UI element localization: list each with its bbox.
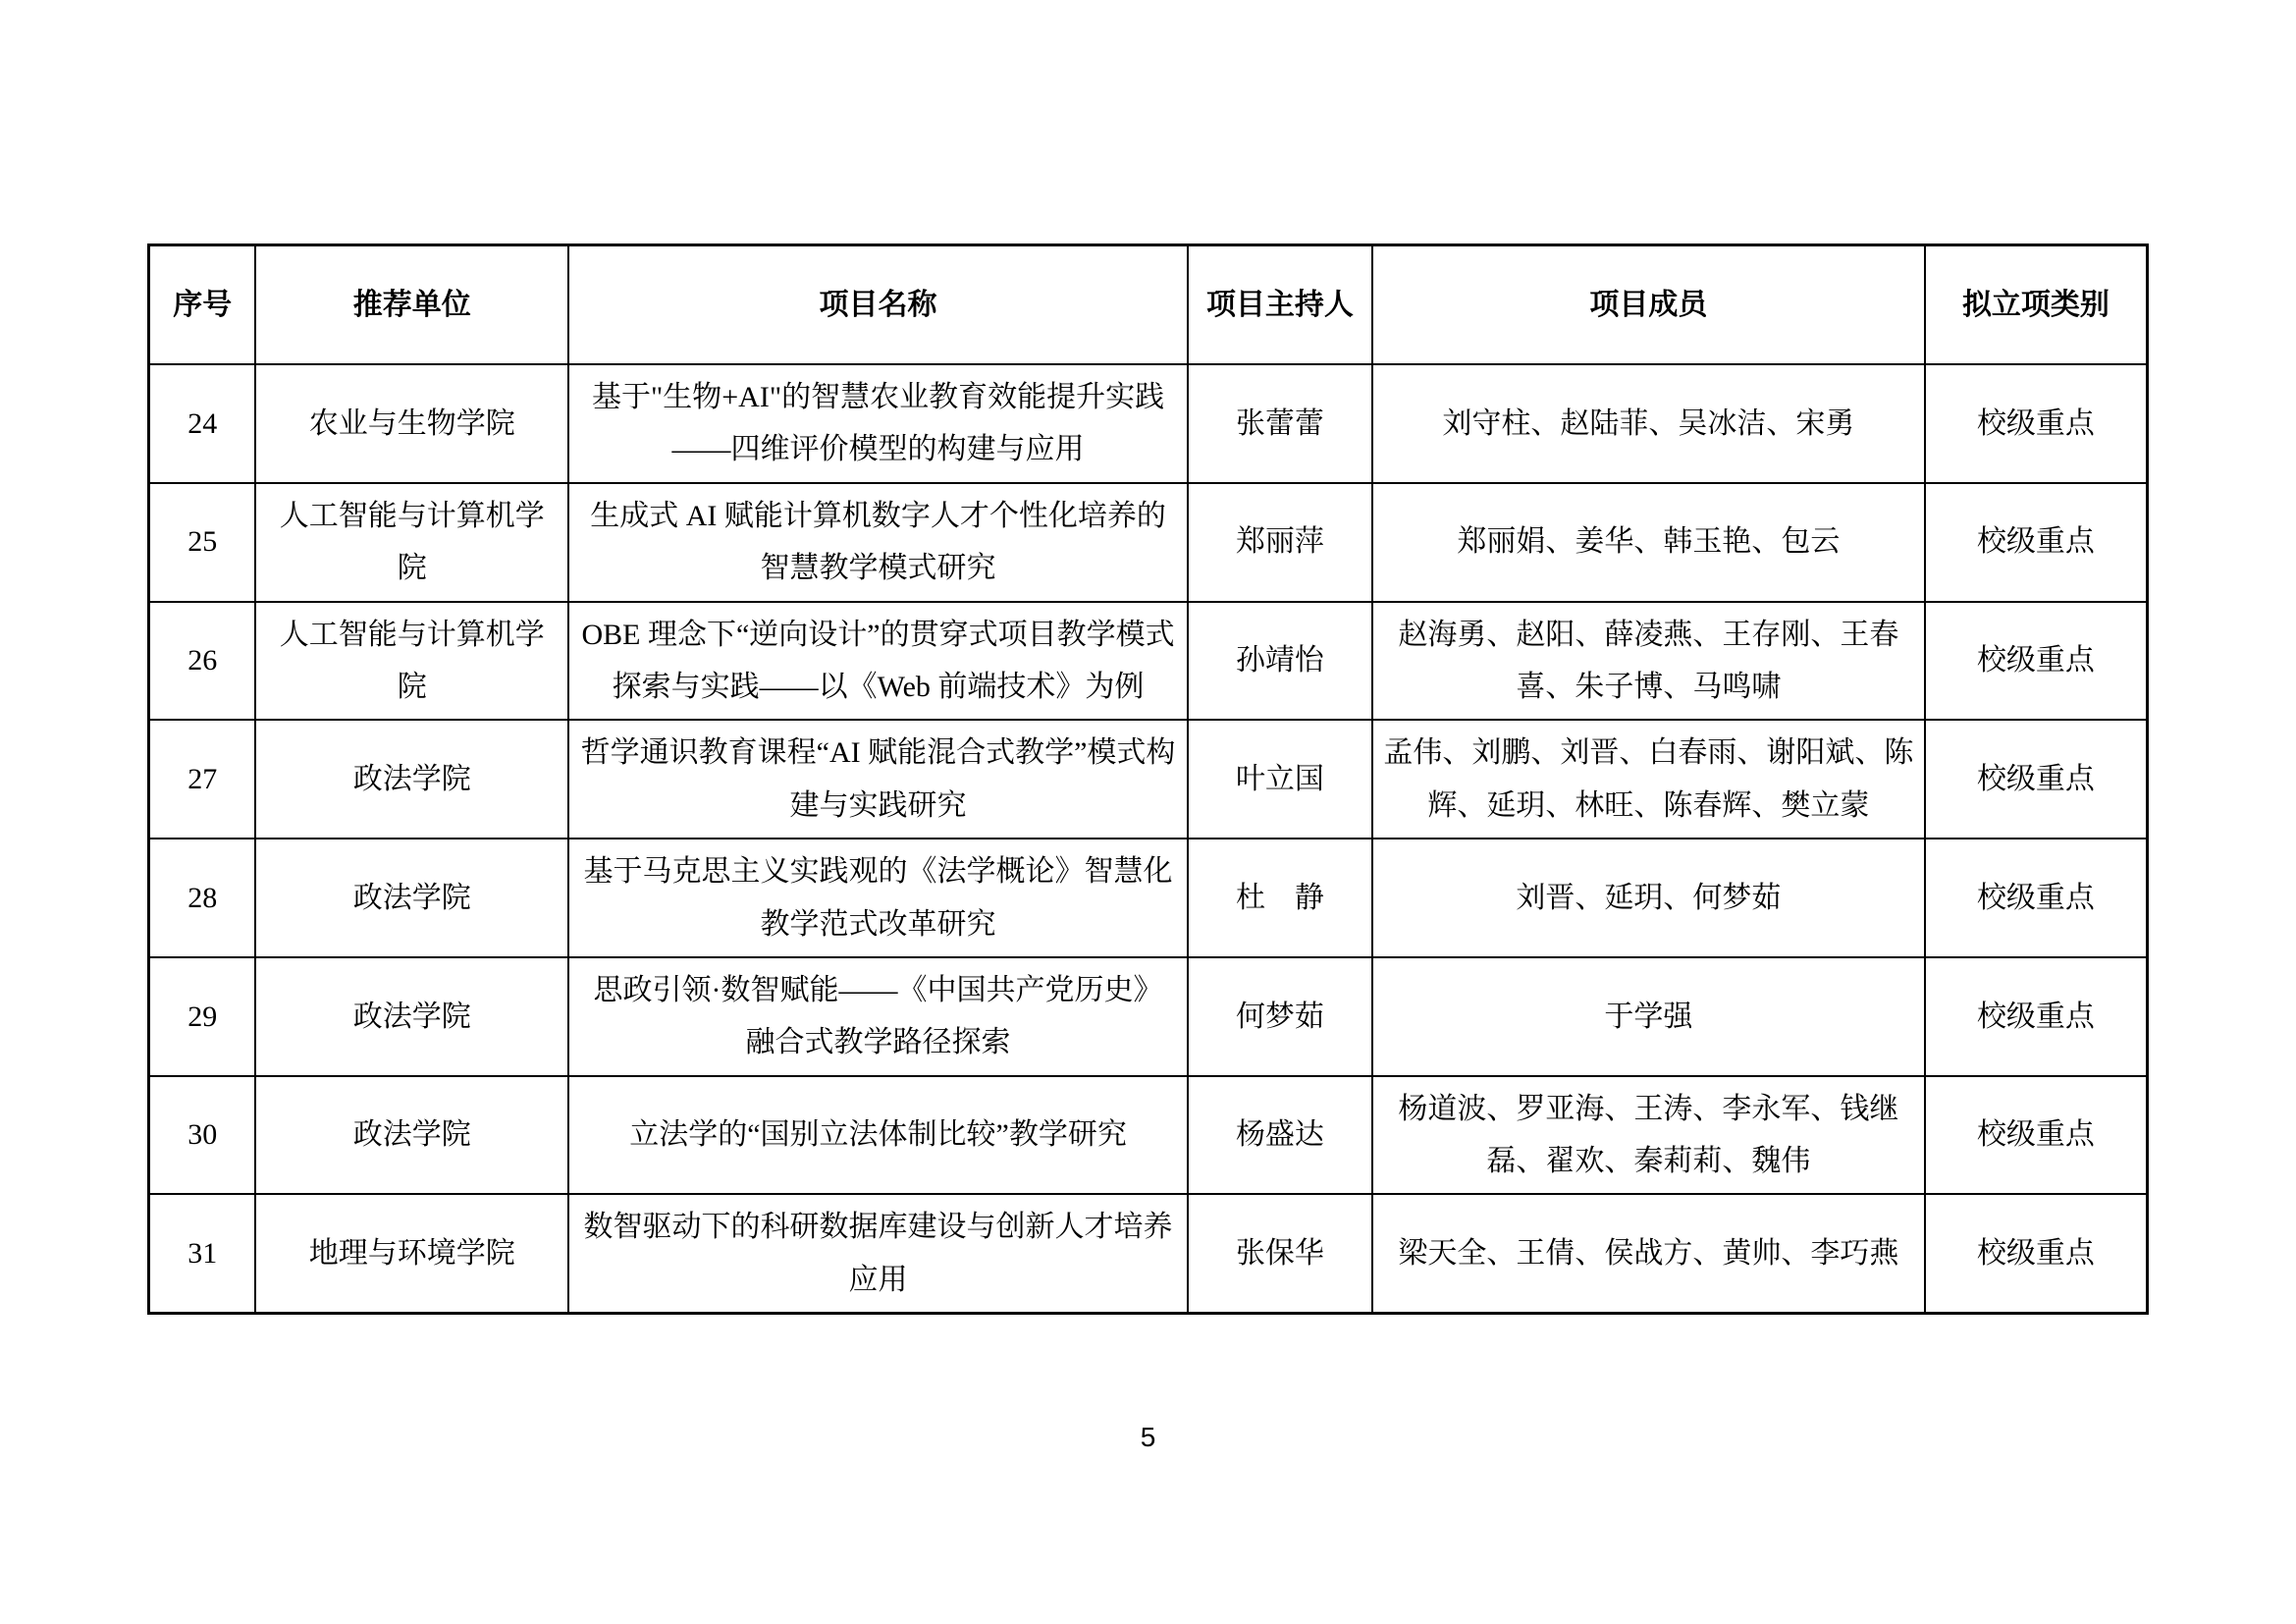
column-header: 项目主持人 — [1188, 245, 1372, 365]
cell-project-lead: 叶立国 — [1188, 720, 1372, 839]
cell-project-title: OBE 理念下“逆向设计”的贯穿式项目教学模式探索与实践——以《Web 前端技术… — [568, 602, 1188, 721]
table-row: 26 人工智能与计算机学院 OBE 理念下“逆向设计”的贯穿式项目教学模式探索与… — [149, 602, 2148, 721]
table-row: 30 政法学院 立法学的“国别立法体制比较”教学研究 杨盛达 杨道波、罗亚海、王… — [149, 1076, 2148, 1195]
cell-project-members: 郑丽娟、姜华、韩玉艳、包云 — [1372, 483, 1925, 602]
cell-proposed-category: 校级重点 — [1925, 483, 2148, 602]
cell-recommending-unit: 地理与环境学院 — [255, 1194, 568, 1313]
cell-recommending-unit: 农业与生物学院 — [255, 364, 568, 483]
cell-proposed-category: 校级重点 — [1925, 1076, 2148, 1195]
cell-serial-number: 28 — [149, 839, 256, 957]
cell-project-title: 数智驱动下的科研数据库建设与创新人才培养应用 — [568, 1194, 1188, 1313]
cell-recommending-unit: 人工智能与计算机学院 — [255, 483, 568, 602]
cell-proposed-category: 校级重点 — [1925, 720, 2148, 839]
cell-proposed-category: 校级重点 — [1925, 1194, 2148, 1313]
table-row: 31 地理与环境学院 数智驱动下的科研数据库建设与创新人才培养应用 张保华 梁天… — [149, 1194, 2148, 1313]
cell-project-members: 杨道波、罗亚海、王涛、李永军、钱继磊、翟欢、秦莉莉、魏伟 — [1372, 1076, 1925, 1195]
cell-project-title: 思政引领·数智赋能——《中国共产党历史》融合式教学路径探索 — [568, 957, 1188, 1076]
cell-project-members: 刘守柱、赵陆菲、吴冰洁、宋勇 — [1372, 364, 1925, 483]
cell-project-title: 基于"生物+AI"的智慧农业教育效能提升实践——四维评价模型的构建与应用 — [568, 364, 1188, 483]
table-body: 24 农业与生物学院 基于"生物+AI"的智慧农业教育效能提升实践——四维评价模… — [149, 364, 2148, 1314]
cell-serial-number: 31 — [149, 1194, 256, 1313]
cell-serial-number: 30 — [149, 1076, 256, 1195]
table-header: 序号推荐单位项目名称项目主持人项目成员拟立项类别 — [149, 245, 2148, 365]
cell-project-members: 梁天全、王倩、侯战方、黄帅、李巧燕 — [1372, 1194, 1925, 1313]
cell-project-title: 生成式 AI 赋能计算机数字人才个性化培养的智慧教学模式研究 — [568, 483, 1188, 602]
column-header: 项目成员 — [1372, 245, 1925, 365]
cell-serial-number: 25 — [149, 483, 256, 602]
column-header: 拟立项类别 — [1925, 245, 2148, 365]
cell-project-members: 刘晋、延玥、何梦茹 — [1372, 839, 1925, 957]
projects-table: 序号推荐单位项目名称项目主持人项目成员拟立项类别 24 农业与生物学院 基于"生… — [147, 244, 2149, 1315]
cell-project-title: 基于马克思主义实践观的《法学概论》智慧化教学范式改革研究 — [568, 839, 1188, 957]
cell-project-title: 哲学通识教育课程“AI 赋能混合式教学”模式构建与实践研究 — [568, 720, 1188, 839]
cell-project-lead: 杨盛达 — [1188, 1076, 1372, 1195]
cell-proposed-category: 校级重点 — [1925, 602, 2148, 721]
table-row: 27 政法学院 哲学通识教育课程“AI 赋能混合式教学”模式构建与实践研究 叶立… — [149, 720, 2148, 839]
column-header: 项目名称 — [568, 245, 1188, 365]
cell-project-title: 立法学的“国别立法体制比较”教学研究 — [568, 1076, 1188, 1195]
cell-project-lead: 杜 静 — [1188, 839, 1372, 957]
column-header: 推荐单位 — [255, 245, 568, 365]
cell-proposed-category: 校级重点 — [1925, 364, 2148, 483]
cell-recommending-unit: 政法学院 — [255, 1076, 568, 1195]
cell-project-lead: 何梦茹 — [1188, 957, 1372, 1076]
cell-proposed-category: 校级重点 — [1925, 957, 2148, 1076]
cell-proposed-category: 校级重点 — [1925, 839, 2148, 957]
cell-project-lead: 孙靖怡 — [1188, 602, 1372, 721]
cell-project-members: 赵海勇、赵阳、薛凌燕、王存刚、王春喜、朱子博、马鸣啸 — [1372, 602, 1925, 721]
cell-recommending-unit: 政法学院 — [255, 720, 568, 839]
cell-recommending-unit: 人工智能与计算机学院 — [255, 602, 568, 721]
cell-serial-number: 26 — [149, 602, 256, 721]
cell-project-lead: 张保华 — [1188, 1194, 1372, 1313]
table-row: 25 人工智能与计算机学院 生成式 AI 赋能计算机数字人才个性化培养的智慧教学… — [149, 483, 2148, 602]
cell-serial-number: 24 — [149, 364, 256, 483]
table-header-row: 序号推荐单位项目名称项目主持人项目成员拟立项类别 — [149, 245, 2148, 365]
cell-serial-number: 29 — [149, 957, 256, 1076]
cell-recommending-unit: 政法学院 — [255, 957, 568, 1076]
cell-project-members: 孟伟、刘鹏、刘晋、白春雨、谢阳斌、陈辉、延玥、林旺、陈春辉、樊立蒙 — [1372, 720, 1925, 839]
table-row: 24 农业与生物学院 基于"生物+AI"的智慧农业教育效能提升实践——四维评价模… — [149, 364, 2148, 483]
cell-project-lead: 张蕾蕾 — [1188, 364, 1372, 483]
page-number: 5 — [1141, 1422, 1156, 1453]
cell-recommending-unit: 政法学院 — [255, 839, 568, 957]
table-row: 28 政法学院 基于马克思主义实践观的《法学概论》智慧化教学范式改革研究 杜 静… — [149, 839, 2148, 957]
cell-serial-number: 27 — [149, 720, 256, 839]
document-page: 序号推荐单位项目名称项目主持人项目成员拟立项类别 24 农业与生物学院 基于"生… — [0, 0, 2296, 1624]
cell-project-lead: 郑丽萍 — [1188, 483, 1372, 602]
table-row: 29 政法学院 思政引领·数智赋能——《中国共产党历史》融合式教学路径探索 何梦… — [149, 957, 2148, 1076]
column-header: 序号 — [149, 245, 256, 365]
cell-project-members: 于学强 — [1372, 957, 1925, 1076]
